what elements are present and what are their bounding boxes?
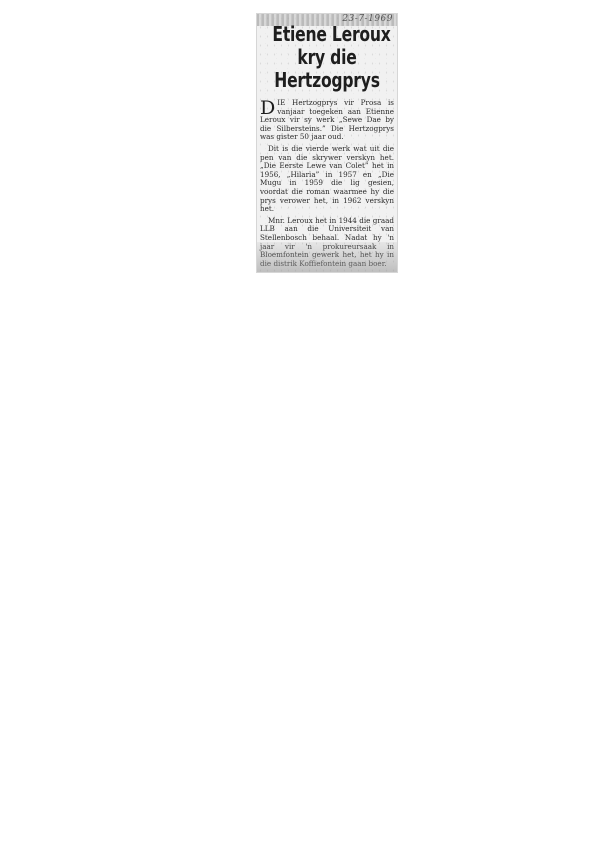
paragraph-1: DIE Hertzogprys vir Prosa is vanjaar toe… bbox=[260, 99, 394, 142]
paragraph-2: Dit is die vierde werk wat uit die pen v… bbox=[260, 145, 394, 214]
headline-line-1: Etiene Leroux bbox=[272, 23, 381, 46]
headline-line-2: kry die bbox=[272, 46, 381, 69]
paragraph-3: Mnr. Leroux het in 1944 die graad LLB aa… bbox=[260, 217, 394, 269]
headline-line-3: Hertzogprys bbox=[272, 69, 381, 92]
headline: Etiene Leroux kry die Hertzogprys bbox=[272, 23, 381, 92]
scanned-page: 23-7-1969 Etiene Leroux kry die Hertzogp… bbox=[0, 0, 612, 843]
newspaper-clipping: 23-7-1969 Etiene Leroux kry die Hertzogp… bbox=[257, 14, 397, 272]
paragraph-1-text: IE Hertzogprys vir Prosa is vanjaar toeg… bbox=[260, 98, 394, 141]
drop-cap: D bbox=[260, 100, 275, 116]
article-body: DIE Hertzogprys vir Prosa is vanjaar toe… bbox=[260, 99, 394, 271]
